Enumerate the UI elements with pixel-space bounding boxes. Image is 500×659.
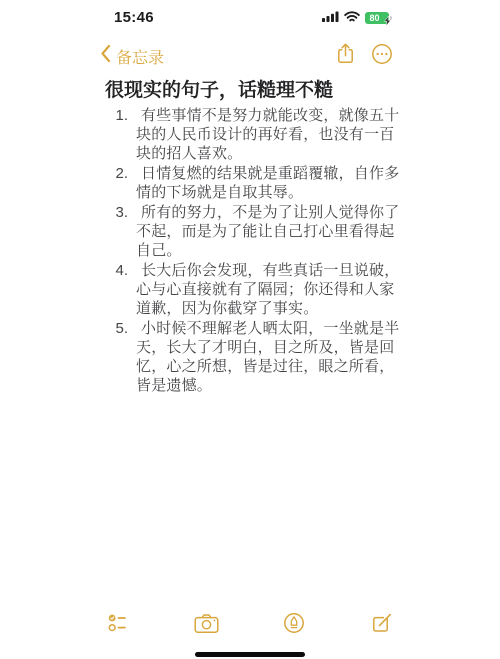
list-item-number: 5. [108, 319, 128, 395]
camera-icon[interactable] [193, 611, 219, 635]
list-item[interactable]: 3. 所有的努力，不是为了让别人觉得你了不起，而是为了能让自己打心里看得起自己。 [94, 203, 406, 260]
back-button[interactable]: 备忘录 [100, 44, 164, 68]
back-label: 备忘录 [116, 45, 164, 68]
list-item-text: 小时候不理解老人晒太阳，一坐就是半天，长大了才明白，目之所及，皆是回忆，心之所想… [136, 319, 406, 395]
list-item-text: 所有的努力，不是为了让别人觉得你了不起，而是为了能让自己打心里看得起自己。 [136, 203, 406, 260]
nav-actions [337, 43, 393, 70]
list-item[interactable]: 5. 小时候不理解老人晒太阳，一坐就是半天，长大了才明白，目之所及，皆是回忆，心… [94, 319, 406, 395]
list-item[interactable]: 2. 日情复燃的结果就是重蹈覆辙，自作多情的下场就是自取其辱。 [94, 164, 406, 202]
list-item-number: 1. [108, 106, 128, 163]
status-bar: 15:46 80 [94, 0, 406, 26]
compose-icon[interactable] [369, 611, 395, 635]
wifi-icon [344, 9, 360, 27]
list-item[interactable]: 1. 有些事情不是努力就能改变，就像五十块的人民币设计的再好看，也没有一百块的招… [94, 106, 406, 163]
list-item-number: 3. [108, 203, 128, 260]
checklist-icon[interactable] [105, 611, 131, 635]
battery-charging-icon: 80 [365, 12, 392, 24]
notes-app-screen: 15:46 80 [94, 0, 406, 659]
note-title[interactable]: 很现实的句子，话糙理不糙 [105, 81, 406, 101]
nav-bar: 备忘录 [94, 43, 406, 69]
list-item-number: 2. [108, 164, 128, 202]
list-item-number: 4. [108, 261, 128, 318]
ellipsis-circle-icon[interactable] [371, 43, 393, 70]
list-item[interactable]: 4. 长大后你会发现，有些真话一旦说破，心与心直接就有了隔园；你还得和人家道歉，… [94, 261, 406, 318]
list-item-text: 有些事情不是努力就能改变，就像五十块的人民币设计的再好看，也没有一百块的招人喜欢… [136, 106, 406, 163]
chevron-left-icon [100, 44, 111, 68]
share-icon[interactable] [337, 43, 354, 69]
home-indicator[interactable] [195, 652, 305, 657]
list-item-text: 日情复燃的结果就是重蹈覆辙，自作多情的下场就是自取其辱。 [136, 164, 406, 202]
cellular-signal-icon [322, 9, 339, 27]
status-time: 15:46 [114, 9, 154, 26]
markup-pen-icon[interactable] [281, 611, 307, 635]
list-item-text: 长大后你会发现，有些真话一旦说破，心与心直接就有了隔园；你还得和人家道歉，因为你… [136, 261, 406, 318]
charging-bolt-icon [384, 13, 391, 31]
note-list: 1. 有些事情不是努力就能改变，就像五十块的人民币设计的再好看，也没有一百块的招… [94, 106, 406, 395]
bottom-toolbar [94, 611, 406, 635]
status-icons: 80 [322, 9, 392, 27]
